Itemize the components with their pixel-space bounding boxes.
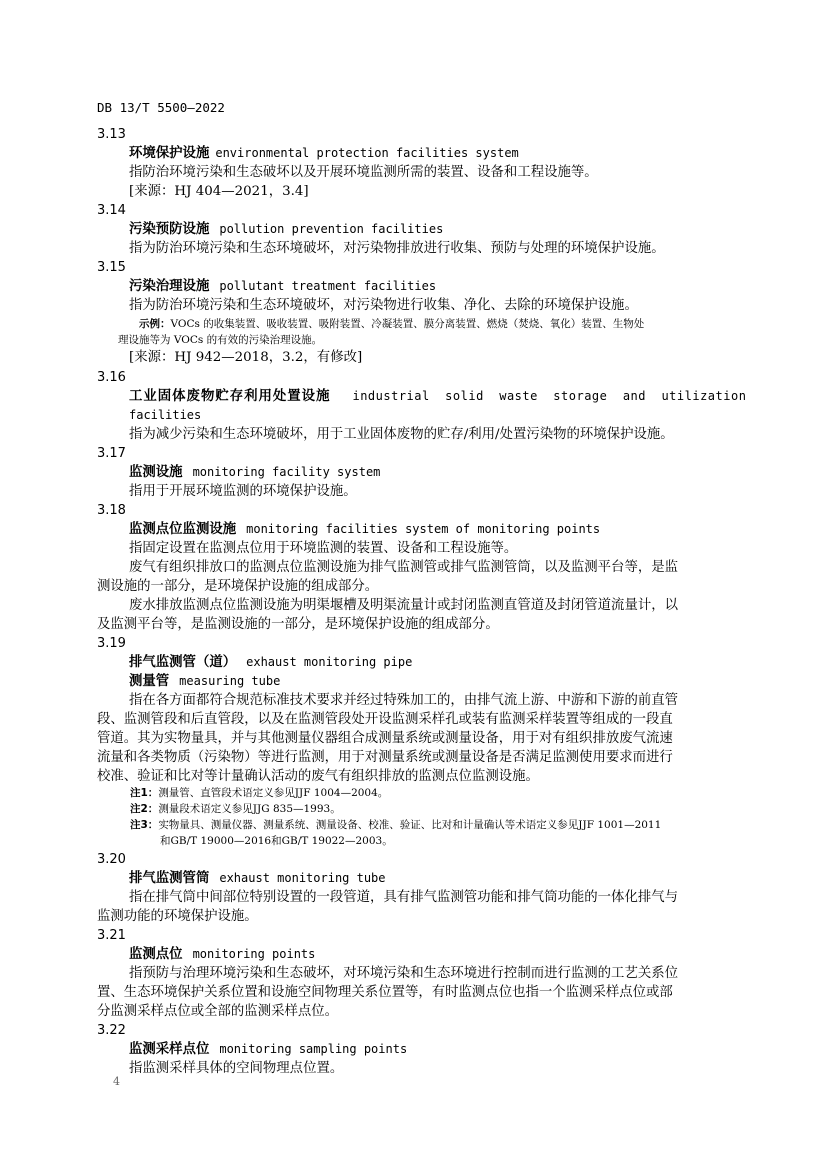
alt-term-en: measuring tube bbox=[179, 674, 280, 688]
note-1: 注1：测量管、直管段术语定义参见JJF 1004—2004。 bbox=[130, 785, 388, 801]
term-heading: 工业固体废物贮存利用处置设施industrial solid waste sto… bbox=[129, 387, 746, 406]
definition-text: 校准、验证和比对等计量确认活动的废气有组织排放的监测点位监测设施。 bbox=[97, 767, 539, 786]
section-number: 3.21 bbox=[97, 926, 126, 945]
term-en-continued: facilities bbox=[129, 406, 201, 425]
definition-text: 管道。其为实物量具，并与其他测量仪器组合成测量系统或测量设备，用于对有组织排放废… bbox=[97, 729, 673, 748]
document-page: DB 13/T 5500—2022 3.13 环境保护设施environment… bbox=[0, 0, 826, 1169]
term-zh: 工业固体废物贮存利用处置设施 bbox=[129, 389, 330, 404]
term-zh: 排气监测管筒 bbox=[129, 871, 209, 886]
note-text: 测量管、直管段术语定义参见JJF 1004—2004。 bbox=[158, 787, 388, 799]
term-heading: 排气监测管筒exhaust monitoring tube bbox=[129, 869, 386, 888]
example-label: 示例： bbox=[139, 318, 171, 330]
term-zh: 监测设施 bbox=[129, 465, 183, 480]
section-number: 3.13 bbox=[97, 125, 126, 144]
term-en: environmental protection facilities syst… bbox=[215, 146, 518, 160]
definition-text: 指为防治环境污染和生态环境破坏，对污染物排放进行收集、预防与处理的环境保护设施。 bbox=[129, 239, 665, 258]
term-heading: 监测设施monitoring facility system bbox=[129, 463, 380, 482]
term-en: pollution prevention facilities bbox=[219, 222, 443, 236]
source-reference: [来源：HJ 404—2021，3.4] bbox=[129, 182, 309, 201]
term-zh: 污染预防设施 bbox=[129, 222, 209, 237]
definition-text: 废气有组织排放口的监测点位监测设施为排气监测管或排气监测管筒，以及监测平台等，是… bbox=[129, 558, 678, 577]
note-text: 实物量具、测量仪器、测量系统、测量设备、校准、验证、比对和计量确认等术语定义参见… bbox=[158, 819, 661, 831]
section-number: 3.19 bbox=[97, 634, 126, 653]
term-en: industrial solid waste storage and utili… bbox=[352, 389, 746, 403]
definition-text: 指固定设置在监测点位用于环境监测的装置、设备和工程设施等。 bbox=[129, 539, 517, 558]
definition-text: 测设施的一部分，是环境保护设施的组成部分。 bbox=[97, 577, 378, 596]
definition-text: 指为防治环境污染和生态环境破坏，对污染物进行收集、净化、去除的环境保护设施。 bbox=[129, 296, 638, 315]
definition-text: 段、监测管段和后直管段，以及在监测管段处开设监测采样孔或装有监测采样装置等组成的… bbox=[97, 710, 673, 729]
document-code-header: DB 13/T 5500—2022 bbox=[97, 98, 225, 117]
term-zh: 监测点位 bbox=[129, 947, 183, 962]
term-zh: 污染治理设施 bbox=[129, 279, 209, 294]
section-number: 3.17 bbox=[97, 444, 126, 463]
definition-text: 指用于开展环境监测的环境保护设施。 bbox=[129, 482, 357, 501]
example-note: 示例：VOCs 的收集装置、吸收装置、吸附装置、冷凝装置、膜分离装置、燃烧（焚烧… bbox=[139, 316, 644, 332]
definition-text: 废水排放监测点位监测设施为明渠堰槽及明渠流量计或封闭监测直管道及封闭管道流量计，… bbox=[129, 596, 678, 615]
definition-text: 指预防与治理环境污染和生态破坏，对环境污染和生态环境进行控制而进行监测的工艺关系… bbox=[129, 964, 678, 983]
term-heading: 监测点位monitoring points bbox=[129, 945, 315, 964]
note-3: 注3：实物量具、测量仪器、测量系统、测量设备、校准、验证、比对和计量确认等术语定… bbox=[130, 817, 661, 833]
term-en: monitoring points bbox=[193, 947, 316, 961]
term-en: monitoring sampling points bbox=[219, 1042, 407, 1056]
section-number: 3.16 bbox=[97, 368, 126, 387]
definition-text: 指在排气筒中间部位特别设置的一段管道，具有排气监测管功能和排气筒功能的一体化排气… bbox=[129, 888, 678, 907]
example-text-continued: 理设施等为 VOCs 的有效的污染治理设施。 bbox=[118, 332, 322, 348]
definition-text: 指防治环境污染和生态破坏以及开展环境监测所需的装置、设备和工程设施等。 bbox=[129, 163, 598, 182]
definition-text: 分监测采样点位或全部的监测采样点位。 bbox=[97, 1002, 338, 1021]
term-en: monitoring facility system bbox=[193, 465, 381, 479]
note-text: 测量段术语定义参见JJG 835—1993。 bbox=[158, 803, 340, 815]
term-heading: 污染预防设施pollution prevention facilities bbox=[129, 220, 443, 239]
term-heading: 排气监测管（道）exhaust monitoring pipe bbox=[129, 653, 412, 672]
example-text: VOCs 的收集装置、吸收装置、吸附装置、冷凝装置、膜分离装置、燃烧（焚烧、氧化… bbox=[171, 318, 645, 330]
section-number: 3.15 bbox=[97, 258, 126, 277]
definition-text: 指在各方面都符合规范标准技术要求并经过特殊加工的，由排气流上游、中游和下游的前直… bbox=[129, 691, 678, 710]
term-heading: 监测采样点位monitoring sampling points bbox=[129, 1040, 407, 1059]
section-number: 3.18 bbox=[97, 501, 126, 520]
term-en: exhaust monitoring pipe bbox=[246, 655, 412, 669]
term-en: exhaust monitoring tube bbox=[219, 871, 385, 885]
term-zh: 监测点位监测设施 bbox=[129, 522, 236, 537]
note-2: 注2：测量段术语定义参见JJG 835—1993。 bbox=[130, 801, 341, 817]
source-reference: [来源：HJ 942—2018，3.2，有修改] bbox=[129, 348, 362, 367]
term-zh: 排气监测管（道） bbox=[129, 655, 236, 670]
term-heading: 监测点位监测设施monitoring facilities system of … bbox=[129, 520, 600, 539]
term-en: monitoring facilities system of monitori… bbox=[246, 522, 600, 536]
section-number: 3.14 bbox=[97, 201, 126, 220]
definition-text: 指监测采样具体的空间物理点位置。 bbox=[129, 1059, 343, 1078]
definition-text: 监测功能的环境保护设施。 bbox=[97, 907, 258, 926]
term-heading: 环境保护设施environmental protection facilitie… bbox=[129, 144, 519, 163]
alt-term-zh: 测量管 bbox=[129, 674, 169, 689]
definition-text: 置、生态环境保护关系位置和设施空间物理关系位置等，有时监测点位也指一个监测采样点… bbox=[97, 983, 673, 1002]
term-zh: 环境保护设施 bbox=[129, 146, 209, 161]
definition-text: 指为减少污染和生态环境破坏，用于工业固体废物的贮存/利用/处置污染物的环境保护设… bbox=[129, 425, 674, 444]
note-label: 注3： bbox=[130, 819, 158, 831]
term-en: pollutant treatment facilities bbox=[219, 279, 436, 293]
section-number: 3.20 bbox=[97, 850, 126, 869]
definition-text: 及监测平台等，是监测设施的一部分，是环境保护设施的组成部分。 bbox=[97, 615, 499, 634]
note-3-continued: 和GB/T 19000—2016和GB/T 19022—2003。 bbox=[160, 833, 393, 849]
term-heading: 污染治理设施pollutant treatment facilities bbox=[129, 277, 436, 296]
alt-term-heading: 测量管measuring tube bbox=[129, 672, 280, 691]
section-number: 3.22 bbox=[97, 1021, 126, 1040]
definition-text: 流量和各类物质（污染物）等进行监测，用于对测量系统或测量设备是否满足监测使用要求… bbox=[97, 748, 673, 767]
term-zh: 监测采样点位 bbox=[129, 1042, 209, 1057]
note-label: 注2： bbox=[130, 803, 158, 815]
note-label: 注1： bbox=[130, 787, 158, 799]
page-number: 4 bbox=[113, 1072, 120, 1091]
